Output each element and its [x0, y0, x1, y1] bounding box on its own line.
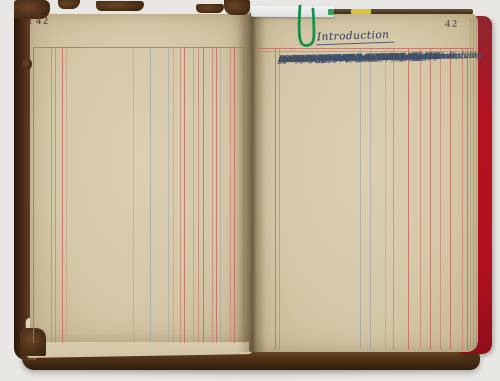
left-ledger-page [30, 14, 249, 342]
manuscript-heading: Introduction [316, 29, 394, 46]
book-gutter-shadow [238, 12, 266, 352]
worn-cover-fragment [20, 328, 46, 356]
worn-cover-fragment [58, 0, 80, 9]
paper-clip-icon [293, 4, 319, 52]
green-tab [328, 9, 334, 15]
photo-of-open-ledger: 1 42 42 Introduction As a result of an a… [0, 0, 500, 381]
ink-speck [36, 330, 39, 334]
worn-cover-fragment [196, 4, 224, 13]
worn-cover-fragment [96, 1, 144, 11]
worn-cover-fragment [22, 58, 32, 70]
worn-cover-fragment [224, 0, 250, 15]
left-page-edge-mark: 1 [28, 16, 33, 26]
page-edge-stack [470, 18, 478, 348]
right-page-number: 42 [445, 19, 459, 30]
left-page-number: 42 [36, 16, 50, 27]
yellow-tab [351, 9, 371, 14]
